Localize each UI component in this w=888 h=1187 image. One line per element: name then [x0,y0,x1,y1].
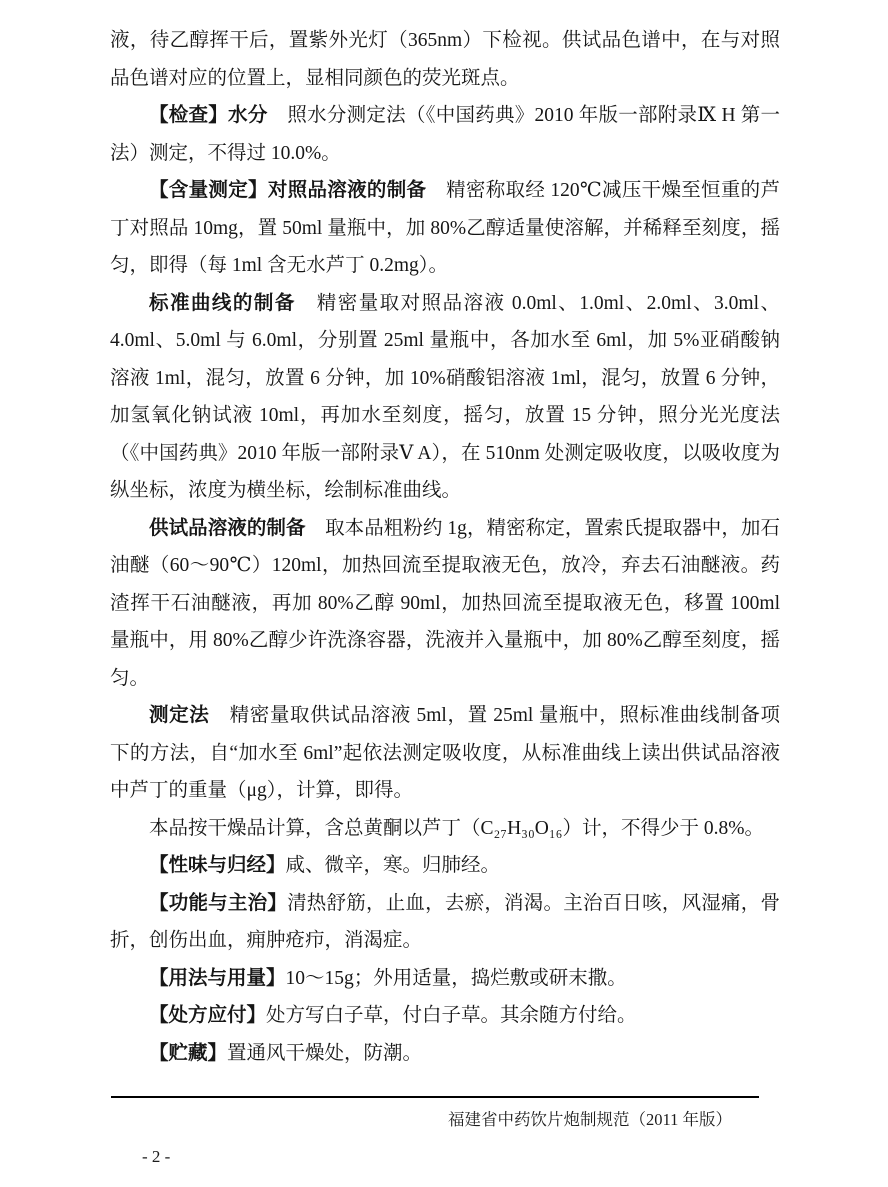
document-page: 液，待乙醇挥干后，置紫外光灯（365nm）下检视。供试品色谱中，在与对照品色谱对… [0,0,888,1187]
paragraph: 供试品溶液的制备 取本品粗粉约 1g，精密称定，置索氏提取器中，加石油醚（60～… [110,510,780,698]
paragraph-text: 精密量取供试品溶液 5ml，置 25ml 量瓶中，照标准曲线制备项下的方法，自“… [110,705,780,801]
footer-divider [111,1096,759,1098]
paragraph: 【处方应付】处方写白子草，付白子草。其余随方付给。 [110,997,780,1035]
paragraph: 【含量测定】对照品溶液的制备 精密称取经 120℃减压干燥至恒重的芦丁对照品 1… [110,172,780,285]
section-heading: 【用法与用量】 [149,968,286,989]
paragraph-text: 液，待乙醇挥干后，置紫外光灯（365nm）下检视。供试品色谱中，在与对照品色谱对… [110,30,780,89]
section-heading: 【贮藏】 [149,1043,227,1064]
section-heading: 供试品溶液的制备 [149,518,306,539]
section-heading: 【检查】水分 [149,105,268,126]
paragraph: 【检查】水分 照水分测定法（《中国药典》2010 年版一部附录Ⅸ H 第一法）测… [110,97,780,172]
document-body: 液，待乙醇挥干后，置紫外光灯（365nm）下检视。供试品色谱中，在与对照品色谱对… [110,22,780,1072]
paragraph-text: 10～15g；外用适量，捣烂敷或研末撒。 [286,968,627,989]
paragraph: 标准曲线的制备 精密量取对照品溶液 0.0ml、1.0ml、2.0ml、3.0m… [110,285,780,510]
page-number: - 2 - [142,1145,170,1169]
paragraph: 【贮藏】置通风干燥处，防潮。 [110,1035,780,1073]
section-heading: 【含量测定】对照品溶液的制备 [149,180,426,201]
paragraph: 【用法与用量】10～15g；外用适量，捣烂敷或研末撒。 [110,960,780,998]
section-heading: 【功能与主治】 [149,893,287,914]
paragraph-text: 精密量取对照品溶液 0.0ml、1.0ml、2.0ml、3.0ml、4.0ml、… [110,293,780,502]
paragraph: 液，待乙醇挥干后，置紫外光灯（365nm）下检视。供试品色谱中，在与对照品色谱对… [110,22,780,97]
section-heading: 标准曲线的制备 [149,293,296,314]
section-heading: 测定法 [149,705,209,726]
footer-source-title: 福建省中药饮片炮制规范（2011 年版） [110,1108,732,1132]
paragraph: 本品按干燥品计算，含总黄酮以芦丁（C₂₇H₃₀O₁₆）计，不得少于 0.8%。 [110,810,780,848]
paragraph: 【性味与归经】咸、微辛，寒。归肺经。 [110,847,780,885]
paragraph-text: 本品按干燥品计算，含总黄酮以芦丁（C₂₇H₃₀O₁₆）计，不得少于 0.8%。 [149,818,764,839]
paragraph-text: 取本品粗粉约 1g，精密称定，置索氏提取器中，加石油醚（60～90℃）120ml… [110,518,780,689]
paragraph-text: 置通风干燥处，防潮。 [227,1043,422,1064]
paragraph-text: 处方写白子草，付白子草。其余随方付给。 [266,1005,637,1026]
section-heading: 【处方应付】 [149,1005,266,1026]
section-heading: 【性味与归经】 [149,855,286,876]
paragraph: 【功能与主治】清热舒筋，止血，去瘀，消渴。主治百日咳，风湿痛，骨折，创伤出血，痈… [110,885,780,960]
paragraph: 测定法 精密量取供试品溶液 5ml，置 25ml 量瓶中，照标准曲线制备项下的方… [110,697,780,810]
paragraph-text: 咸、微辛，寒。归肺经。 [286,855,501,876]
